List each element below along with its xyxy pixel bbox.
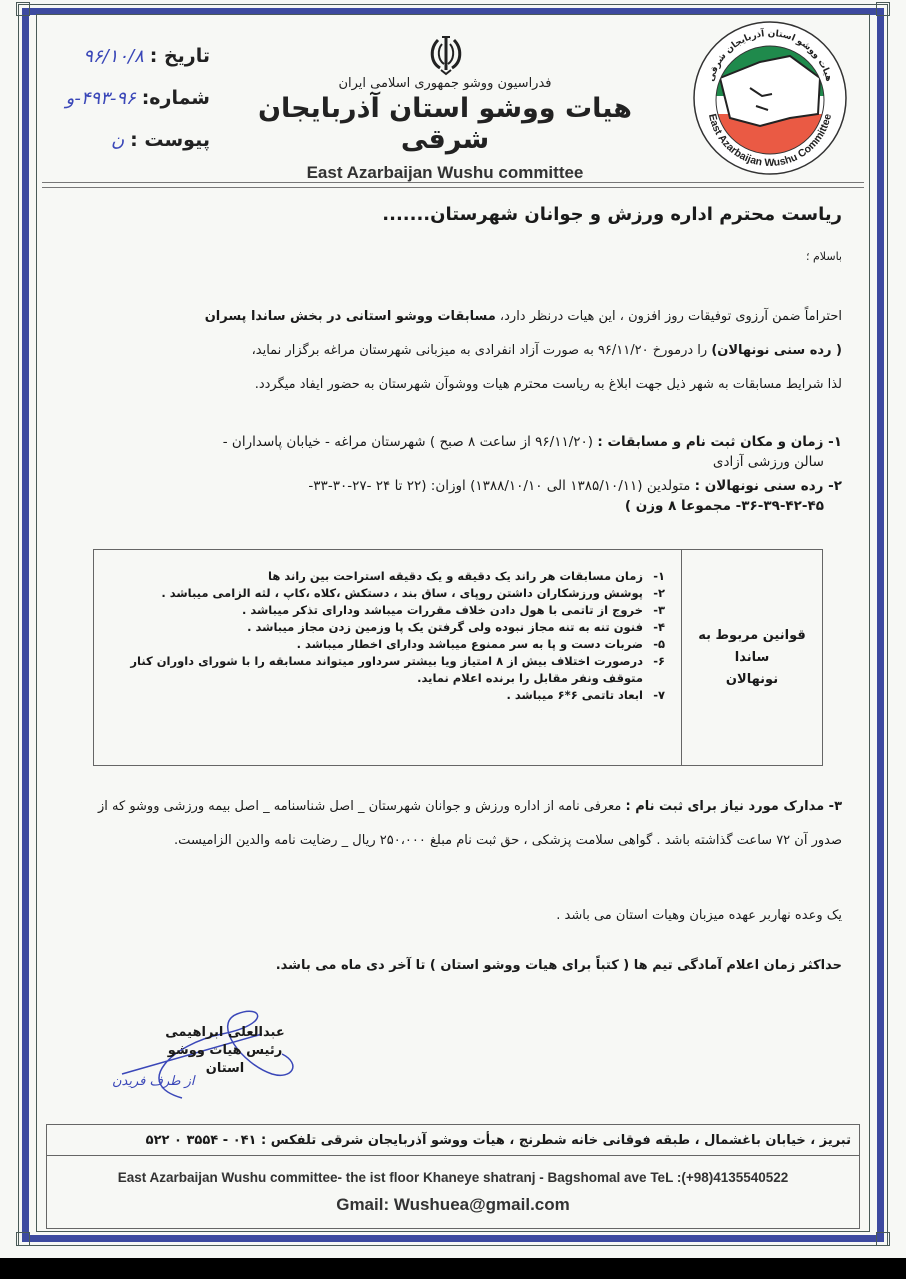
intro-paragraph: احتراماً ضمن آرزوی توفیقات روز افزون ، ا…	[76, 300, 842, 402]
intro-bold-1: مسابقات ووشو استانی در بخش ساندا پسران	[205, 309, 496, 324]
intro-text-1: احتراماً ضمن آرزوی توفیقات روز افزون ، ا…	[496, 309, 842, 324]
deadline-note: حداکثر زمان اعلام آمادگی تیم ها ( کتباً …	[276, 958, 842, 973]
rule-text: ابعاد تاتمی ۶*۶ میباشد .	[506, 687, 643, 704]
rule-text: زمان مسابقات هر راند یک دقیقه و یک دقیقه…	[268, 568, 643, 585]
signature-block: عبدالعلی ابراهیمی رئیس هیات ووشو استان	[150, 1024, 300, 1078]
rule-number: ۱-	[643, 568, 665, 585]
signatory-title: رئیس هیات ووشو استان	[150, 1042, 300, 1078]
required-documents: ۳- مدارک مورد نیاز برای ثبت نام : معرفی …	[76, 790, 842, 858]
number-row: شماره: ۴۹۳-۹۶-و	[40, 87, 210, 129]
rule-text: پوشش ورزشکاران داشتن روپای ، ساق بند ، د…	[161, 585, 643, 602]
rule-number: ۷-	[643, 687, 665, 704]
date-label: تاریخ :	[150, 45, 210, 67]
condition-text: (۹۶/۱۱/۲۰ از ساعت ۸ صبح ) شهرستان مراغه …	[223, 434, 598, 450]
footer-address-fa: تبریز ، خیابان باغشمال ، طبقه فوقانی خان…	[46, 1124, 860, 1156]
attachment-value: ن	[111, 130, 124, 151]
rules-heading-line: ساندا	[698, 647, 806, 669]
signatory-name: عبدالعلی ابراهیمی	[150, 1024, 300, 1042]
org-name-en: East Azarbaijan Wushu committee	[220, 163, 670, 183]
footer-english: East Azarbaijan Wushu committee- the ist…	[46, 1155, 860, 1229]
handwritten-note: از طرف فریدن	[112, 1074, 195, 1089]
rules-table-heading: قوانین مربوط به ساندا نونهالان	[681, 550, 822, 765]
rule-number: ۵-	[643, 636, 665, 653]
org-header: فدراسیون ووشو جمهوری اسلامی ایران هیات و…	[220, 76, 670, 183]
frame-corner-br	[876, 1232, 890, 1246]
header-divider	[42, 182, 864, 188]
condition-cont: ۳۶-۳۹-۴۲-۴۵- مجموعا ۸ وزن )	[625, 498, 842, 514]
rules-table: قوانین مربوط به ساندا نونهالان ۱-زمان مس…	[93, 549, 823, 766]
federation-name: فدراسیون ووشو جمهوری اسلامی ایران	[220, 76, 670, 91]
rules-heading-line: نونهالان	[698, 669, 806, 691]
number-label: شماره:	[142, 87, 210, 109]
rule-text: فنون تنه به تنه مجاز نبوده ولی گرفتن یک …	[247, 619, 643, 636]
rule-item: ۴-فنون تنه به تنه مجاز نبوده ولی گرفتن ی…	[104, 619, 665, 636]
rules-list: ۱-زمان مسابقات هر راند یک دقیقه و یک دقی…	[94, 550, 681, 765]
rule-text: خروج از تاتمی با هول دادن خلاف مقررات می…	[242, 602, 643, 619]
org-name-fa: هیات ووشو استان آذربایجان شرقی	[220, 93, 670, 155]
frame-corner-bl	[16, 1232, 30, 1246]
number-value: ۴۹۳-۹۶-و	[66, 88, 136, 109]
attachment-label: پیوست :	[130, 129, 210, 151]
rule-item: ۲-پوشش ورزشکاران داشتن روپای ، ساق بند ،…	[104, 585, 665, 602]
rule-item: ۷-ابعاد تاتمی ۶*۶ میباشد .	[104, 687, 665, 704]
rule-item: ۳-خروج از تاتمی با هول دادن خلاف مقررات …	[104, 602, 665, 619]
condition-cont: سالن ورزشی آزادی	[713, 454, 842, 470]
iran-emblem-icon	[428, 34, 464, 76]
intro-text-2: را درمورخ ۹۶/۱۱/۲۰ به صورت آزاد انفرادی …	[252, 343, 712, 358]
documents-label: ۳- مدارک مورد نیاز برای ثبت نام :	[625, 799, 842, 814]
date-row: تاریخ : ۹۶/۱۰/۸	[40, 45, 210, 87]
rule-number: ۶-	[643, 653, 665, 687]
greeting: باسلام ؛	[806, 250, 842, 263]
rule-item: ۵-ضربات دست و پا به سر ممنوع میباشد ودار…	[104, 636, 665, 653]
letter-meta: تاریخ : ۹۶/۱۰/۸ شماره: ۴۹۳-۹۶-و پیوست : …	[40, 45, 210, 171]
lunch-note: یک وعده نهاربر عهده میزبان وهیات استان م…	[556, 908, 842, 923]
attachment-row: پیوست : ن	[40, 129, 210, 171]
condition-text: متولدین (۱۳۸۵/۱۰/۱۱ الی ۱۳۸۸/۱۰/۱۰) اوزا…	[308, 478, 694, 494]
condition-label: ۱- زمان و مکان ثبت نام و مسابقات :	[597, 434, 842, 450]
addressee: ریاست محترم اداره ورزش و جوانان شهرستان.…	[382, 204, 842, 225]
rule-number: ۴-	[643, 619, 665, 636]
intro-bold-2: ( رده سنی نونهالان)	[711, 343, 842, 358]
date-value: ۹۶/۱۰/۸	[83, 46, 143, 67]
rule-item: ۱-زمان مسابقات هر راند یک دقیقه و یک دقی…	[104, 568, 665, 585]
intro-text-3: لذا شرایط مسابقات به شهر ذیل جهت ابلاغ ب…	[255, 377, 842, 392]
rule-text: ضربات دست و پا به سر ممنوع میباشد ودارای…	[297, 636, 643, 653]
conditions-list: ۱- زمان و مکان ثبت نام و مسابقات : (۹۶/۱…	[76, 432, 842, 520]
condition-item: ۱- زمان و مکان ثبت نام و مسابقات : (۹۶/۱…	[76, 432, 842, 472]
rules-heading-line: قوانین مربوط به	[698, 625, 806, 647]
letter-page: تاریخ : ۹۶/۱۰/۸ شماره: ۴۹۳-۹۶-و پیوست : …	[0, 0, 906, 1258]
footer-address-en: East Azarbaijan Wushu committee- the ist…	[47, 1170, 859, 1185]
footer-email: Gmail: Wushuea@gmail.com	[47, 1195, 859, 1215]
frame-corner-tr	[876, 2, 890, 16]
condition-label: ۲- رده سنی نونهالان :	[695, 478, 842, 494]
rule-number: ۳-	[643, 602, 665, 619]
rule-number: ۲-	[643, 585, 665, 602]
condition-item: ۲- رده سنی نونهالان : متولدین (۱۳۸۵/۱۰/۱…	[76, 476, 842, 516]
rule-item: ۶-درصورت اختلاف بیش از ۸ امتیاز ویا بیشت…	[104, 653, 665, 687]
frame-corner-tl	[16, 2, 30, 16]
wushu-committee-logo: هیات ووشو استان آذربایجان شرقی East Azar…	[690, 18, 850, 178]
rule-text: درصورت اختلاف بیش از ۸ امتیاز ویا بیشتر …	[104, 653, 643, 687]
